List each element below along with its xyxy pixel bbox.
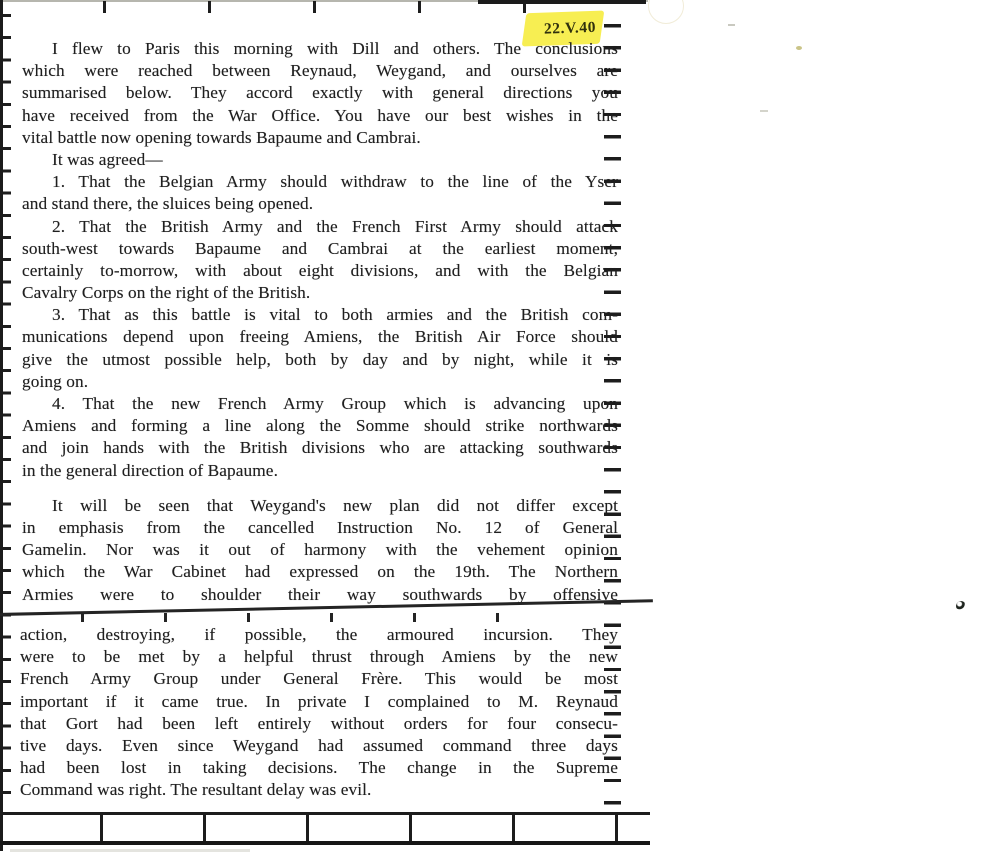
grid-shadow-smudge (10, 849, 250, 852)
grid-stub-ticks (81, 613, 505, 622)
bottom-grid-table (0, 812, 650, 845)
ink-speck (956, 601, 966, 611)
text-line: 4. That the new French Army Group which … (22, 393, 618, 415)
text-line: It was agreed— (22, 149, 618, 171)
text-line: Command was right. The resultant delay w… (20, 779, 618, 801)
text-line: were to be met by a helpful thrust throu… (20, 646, 618, 668)
text-line: in emphasis from the cancelled Instructi… (22, 517, 618, 539)
clipping1-text: I flew to Paris this morning with Dill a… (22, 38, 618, 606)
left-ruler-ticks (3, 14, 11, 810)
text-line: important if it came true. In private I … (20, 691, 618, 713)
text-line: vital battle now opening towards Bapaume… (22, 127, 618, 149)
text-line: south-west towards Bapaume and Cambrai a… (22, 238, 618, 260)
text-line: and stand there, the sluices being opene… (22, 193, 618, 215)
text-line: 3. That as this battle is vital to both … (22, 304, 618, 326)
text-line: and join hands with the British division… (22, 437, 618, 459)
text-line: Amiens and forming a line along the Somm… (22, 415, 618, 437)
text-line: summarised below. They accord exactly wi… (22, 82, 618, 104)
paper-speck (760, 110, 768, 112)
text-line: which the War Cabinet had expressed on t… (22, 561, 618, 583)
text-line: I flew to Paris this morning with Dill a… (22, 38, 618, 60)
text-line: which were reached between Reynaud, Weyg… (22, 60, 618, 82)
paper-speck (728, 24, 735, 26)
paper-speck (796, 46, 802, 50)
text-line: going on. (22, 371, 618, 393)
text-line: munications depend upon freeing Amiens, … (22, 326, 618, 348)
text-line: action, destroying, if possible, the arm… (20, 624, 618, 646)
text-line: tive days. Even since Weygand had assume… (20, 735, 618, 757)
text-line: 2. That the British Army and the French … (22, 216, 618, 238)
scanned-page: 22.V.40 I flew to Paris this morning wit… (0, 0, 986, 855)
text-line: had been lost in taking decisions. The c… (20, 757, 618, 779)
text-line: Cavalry Corps on the right of the Britis… (22, 282, 618, 304)
text-line: give the utmost possible help, both by d… (22, 349, 618, 371)
highlighted-date: 22.V.40 (544, 18, 597, 38)
top-ruler-ticks (103, 1, 529, 13)
text-line: French Army Group under General Frère. T… (20, 668, 618, 690)
text-line: that Gort had been left entirely without… (20, 713, 618, 735)
text-line: in the general direction of Bapaume. (22, 460, 618, 482)
clipping2-text: action, destroying, if possible, the arm… (20, 624, 618, 802)
paper-ring-mark (648, 0, 684, 24)
text-line: have received from the War Office. You h… (22, 105, 618, 127)
text-line: 1. That the Belgian Army should withdraw… (22, 171, 618, 193)
text-line: Gamelin. Nor was it out of harmony with … (22, 539, 618, 561)
text-line: certainly to-morrow, with about eight di… (22, 260, 618, 282)
text-line: It will be seen that Weygand's new plan … (22, 495, 618, 517)
